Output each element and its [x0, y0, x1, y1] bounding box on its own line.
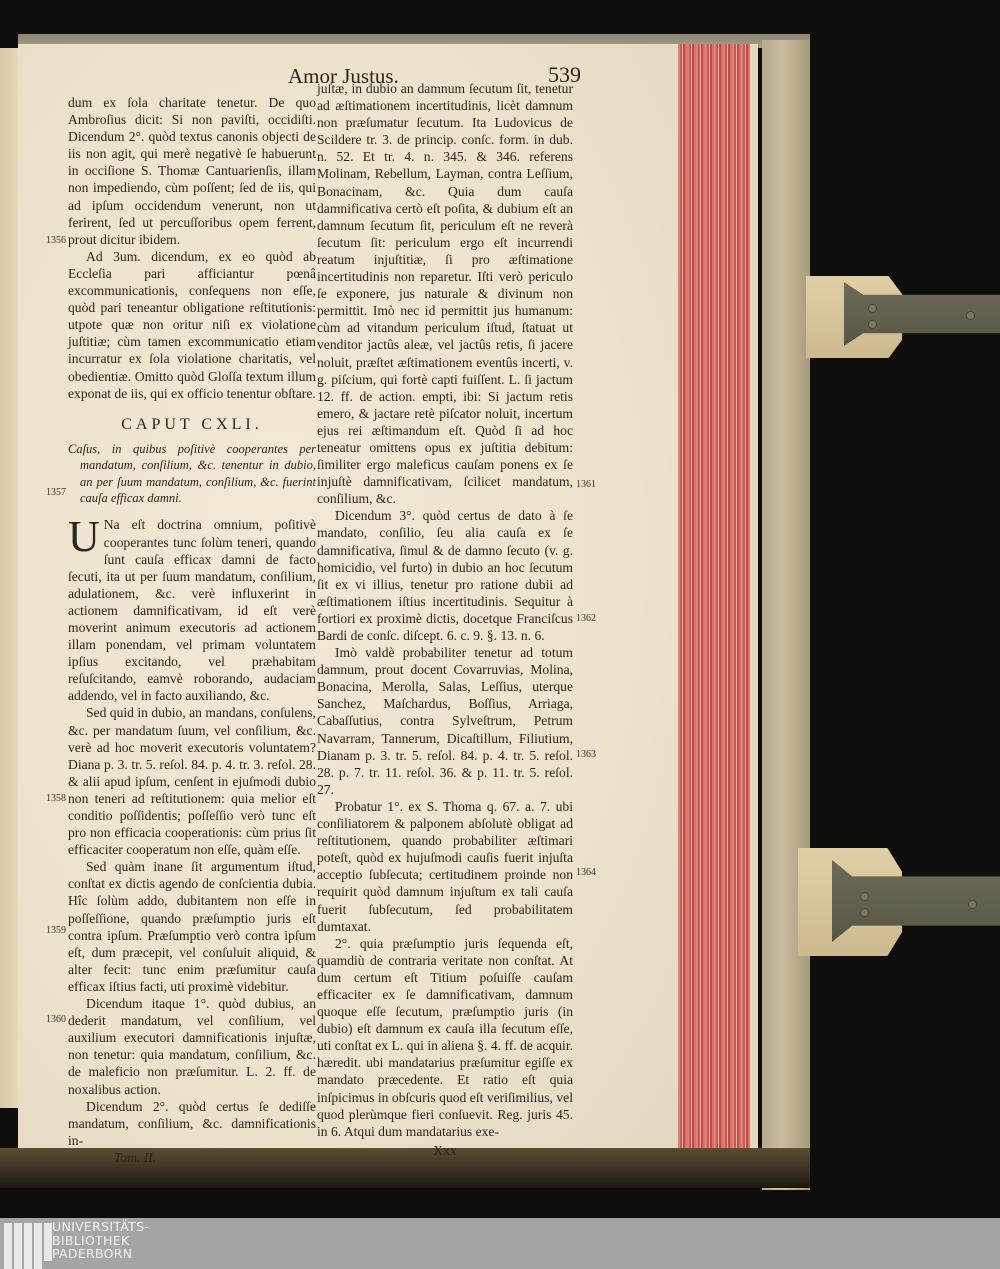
paragraph-sed-quid: Sed quid in dubio, an mandans, conſulens… [68, 704, 316, 858]
rivet-icon [966, 311, 975, 320]
paragraph-1362: Imò valdè probabiliter tenetur ad totum … [317, 644, 573, 798]
rivet-icon [860, 892, 869, 901]
paragraph-1358: Sed quàm inane ſit argumentum iſtud, con… [68, 858, 316, 995]
margin-number-right: 1361 [576, 479, 596, 490]
chapter-summary: Caſus, in quibus poſitivè cooperantes pe… [68, 441, 316, 507]
paragraph-1359: Dicendum itaque 1°. quòd dubius, an dede… [68, 995, 316, 1098]
rivet-icon [860, 908, 869, 917]
margin-number-left: 1359 [46, 925, 66, 936]
right-text-column: juſtæ, in dubio an damnum ſecutum ſit, t… [317, 80, 573, 1159]
margin-number-left: 1360 [46, 1014, 66, 1025]
rivet-icon [968, 900, 977, 909]
clasp-top [806, 276, 1000, 356]
margin-number-right: 1362 [576, 613, 596, 624]
paragraph-continuation: dum ex ſola charitate tenetur. De quo Am… [68, 94, 316, 248]
paragraph-1363: Probatur 1°. ex S. Thoma q. 67. a. 7. ub… [317, 798, 573, 935]
previous-page-edge [0, 48, 19, 1108]
paragraph-1357-text: Na eſt doctrina omnium, poſitivè coopera… [68, 517, 316, 703]
rivet-icon [868, 320, 877, 329]
paragraph-1361: Dicendum 3°. quòd certus de dato à ſe ma… [317, 507, 573, 644]
margin-number-left: 1358 [46, 793, 66, 804]
left-text-column: dum ex ſola charitate tenetur. De quo Am… [68, 94, 316, 1166]
cover-board-side [762, 40, 810, 1190]
paragraph-1356: Ad 3um. dicendum, ex eo quòd ab Eccleſia… [68, 248, 316, 402]
drop-cap: U [68, 518, 100, 556]
volume-signature: Tom. II. [68, 1149, 316, 1166]
rivet-icon [868, 304, 877, 313]
paragraph-1360: Dicendum 2°. quòd certus ſe dediſſe mand… [68, 1098, 316, 1149]
library-logo-text: UNIVERSITÄTS- BIBLIOTHEK PADERBORN [52, 1220, 149, 1261]
clasp-bottom [798, 848, 1000, 928]
margin-number-right: 1364 [576, 867, 596, 878]
paragraph-1364: 2°. quia præſumptio juris ſequenda eſt, … [317, 935, 573, 1140]
margin-number-right: 1363 [576, 749, 596, 760]
margin-number-left: 1357 [46, 487, 66, 498]
library-footer-bar: UNIVERSITÄTS- BIBLIOTHEK PADERBORN [0, 1218, 1000, 1269]
paragraph-continuation: juſtæ, in dubio an damnum ſecutum ſit, t… [317, 80, 573, 507]
red-fore-edge [678, 44, 758, 1170]
logo-line-1: UNIVERSITÄTS- [52, 1220, 149, 1234]
paragraph-1357: UNa eſt doctrina omnium, poſitivè cooper… [68, 516, 316, 704]
margin-number-left: 1356 [46, 235, 66, 246]
logo-line-2: BIBLIOTHEK [52, 1234, 149, 1248]
book-scan: Amor Justus. 539 dum ex ſola charitate t… [0, 0, 1000, 1218]
chapter-heading: CAPUT CXLI. [68, 416, 316, 433]
logo-line-3: PADERBORN [52, 1247, 149, 1261]
gathering-signature: Xxx [317, 1142, 573, 1159]
